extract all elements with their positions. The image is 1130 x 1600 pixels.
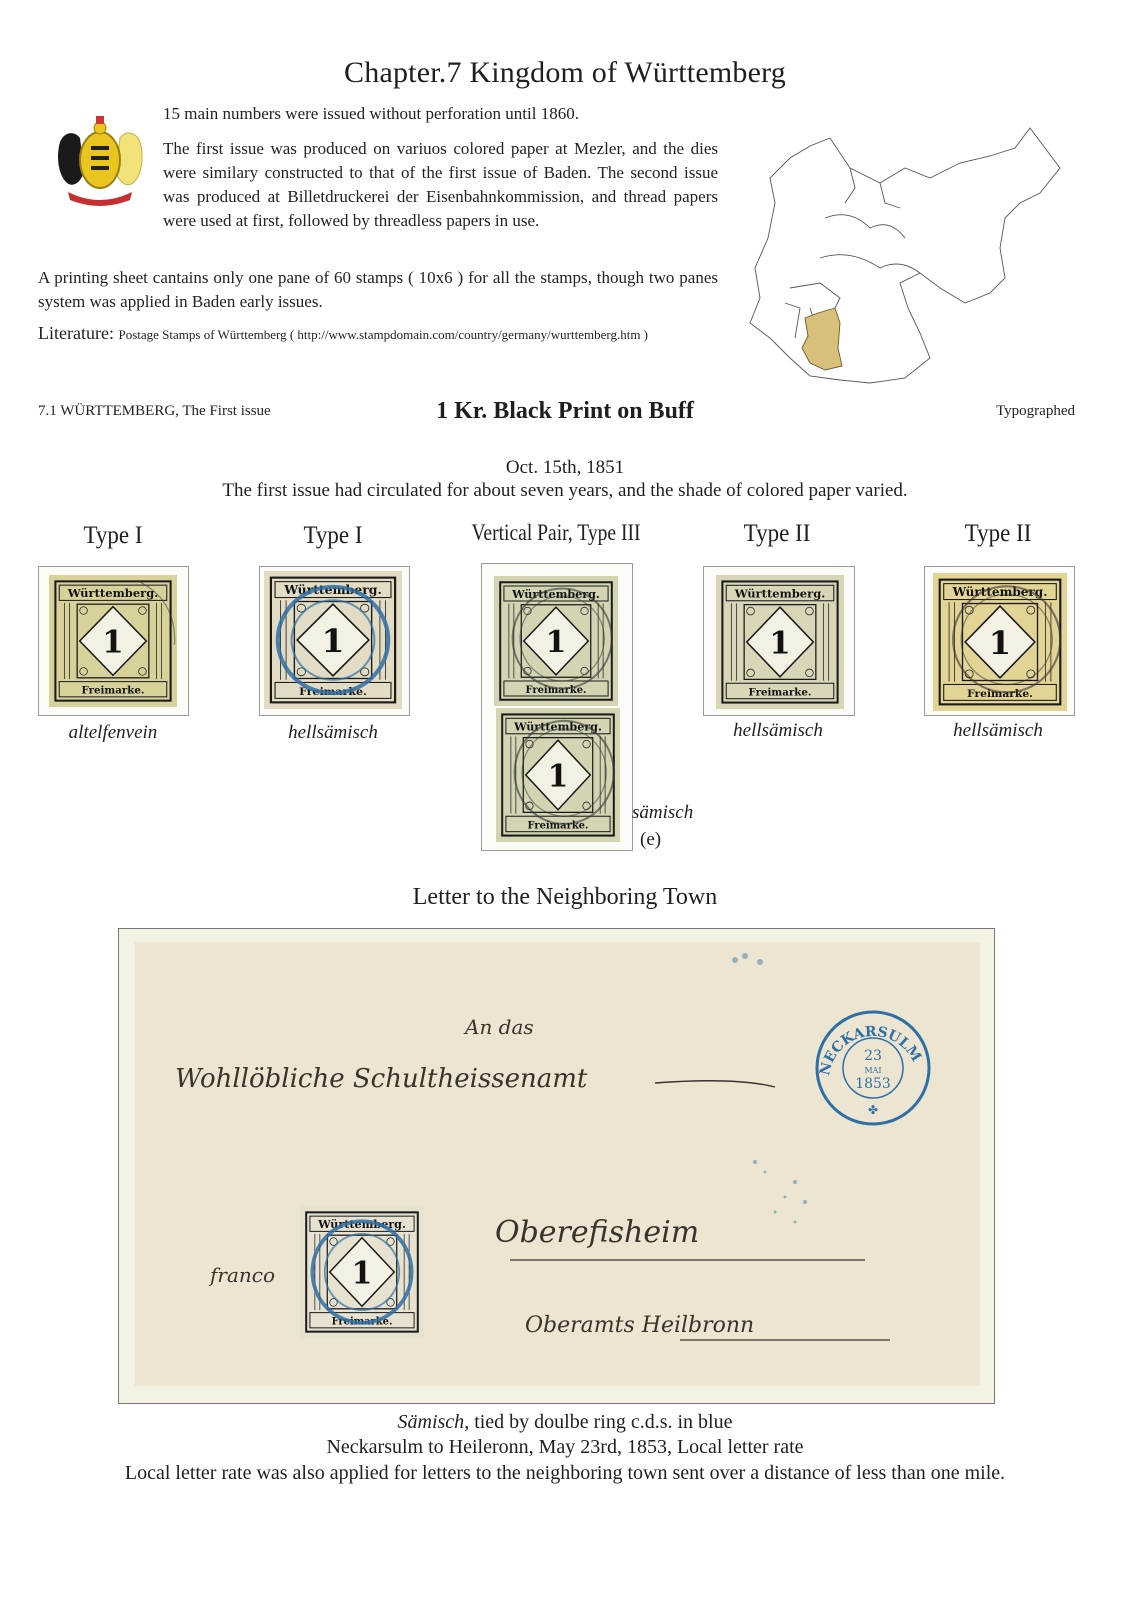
map-icon xyxy=(730,108,1070,388)
svg-text:MAI: MAI xyxy=(864,1066,881,1075)
svg-text:Freimarke.: Freimarke. xyxy=(82,685,145,697)
svg-text:1: 1 xyxy=(989,624,1011,662)
stamp-image: Württemberg. Freimarke. 1 xyxy=(264,571,402,709)
svg-text:23: 23 xyxy=(864,1048,882,1064)
variety-note: (e) xyxy=(640,829,661,851)
cover-caption-3: Local letter rate was also applied for l… xyxy=(0,1462,1130,1485)
literature-reference: Literature: Postage Stamps of Württember… xyxy=(38,323,648,344)
stamp-frame: Württemberg. Freimarke. 1 xyxy=(259,566,410,716)
svg-text:Württemberg.: Württemberg. xyxy=(67,586,159,600)
stamp-image: Württemberg. Freimarke. 1 xyxy=(716,575,844,709)
paper-shade-label: altelfenvein xyxy=(3,722,223,744)
svg-text:1: 1 xyxy=(548,759,569,795)
printing-sheet-note: A printing sheet cantains only one pane … xyxy=(38,266,718,314)
stamp-image: Württemberg. Freimarke. 1 xyxy=(496,708,620,842)
stamp-frame: Württemberg. Freimarke. 1 xyxy=(38,566,189,716)
svg-text:Württemberg.: Württemberg. xyxy=(317,1217,406,1231)
svg-text:1: 1 xyxy=(352,1256,373,1291)
stamp-image: Württemberg. Freimarke. 1 xyxy=(49,575,177,707)
address-line-1: An das xyxy=(463,1015,534,1039)
stamp-frame: Württemberg. Freimarke. 1 xyxy=(703,566,855,716)
svg-text:1: 1 xyxy=(546,625,567,660)
address-line-3: Oberefisheim xyxy=(495,1215,699,1250)
issue-description: The first issue had circulated for about… xyxy=(0,480,1130,502)
svg-text:1: 1 xyxy=(321,623,344,660)
section-title: 1 Kr. Black Print on Buff xyxy=(0,398,1130,425)
stamp-image: Württemberg. Freimarke. 1 xyxy=(494,576,618,706)
printing-method: Typographed xyxy=(996,403,1075,420)
literature-link[interactable]: Postage Stamps of Württemberg ( http://w… xyxy=(118,327,648,342)
address-line-4: Oberamts Heilbronn xyxy=(525,1313,754,1338)
paper-shade-label: hellsämisch xyxy=(888,720,1108,742)
svg-text:✤: ✤ xyxy=(868,1103,878,1117)
literature-label: Literature: xyxy=(38,323,114,343)
cover-caption-2: Neckarsulm to Heileronn, May 23rd, 1853,… xyxy=(0,1436,1130,1459)
paper-shade-label: hellsämisch xyxy=(223,722,443,744)
intro-summary: 15 main numbers were issued without perf… xyxy=(163,102,718,126)
stamp-type-label: Type II xyxy=(676,520,878,548)
svg-text:Freimarke.: Freimarke. xyxy=(749,686,812,698)
page-title: Chapter.7 Kingdom of Württemberg xyxy=(0,56,1130,90)
intro-paragraph: The first issue was produced on variuos … xyxy=(163,137,718,233)
stamp-type-label: Type I xyxy=(232,522,434,550)
coat-of-arms-icon xyxy=(50,112,150,212)
stamp-image: Württemberg. Freimarke. 1 xyxy=(933,573,1067,711)
stamp-type-label: Type I xyxy=(12,522,214,550)
stamp-frame: Württemberg. Freimarke. 1 xyxy=(924,566,1075,716)
issue-date: Oct. 15th, 1851 xyxy=(0,457,1130,479)
svg-text:1: 1 xyxy=(769,626,790,662)
svg-text:1: 1 xyxy=(102,625,123,661)
address-line-2: Wohllöbliche Schultheissenamt xyxy=(175,1064,588,1094)
cover-envelope: An das Wohllöbliche Schultheissenamt Obe… xyxy=(135,942,980,1386)
paper-shade-label: sämisch xyxy=(632,802,712,824)
postmark-neckarsulm: NECKARSULM 23 MAI 1853 ✤ xyxy=(817,1012,929,1124)
stamp-on-cover: Württemberg. Freimarke. 1 xyxy=(300,1206,424,1338)
stamp-frame: Württemberg. Freimarke. 1 Württemberg. F… xyxy=(481,563,633,851)
stamp-type-label: Type II xyxy=(897,520,1099,548)
svg-text:Württemberg.: Württemberg. xyxy=(734,587,826,601)
svg-text:1853: 1853 xyxy=(855,1076,891,1092)
franco-marking: franco xyxy=(208,1263,275,1287)
stamp-type-label: Vertical Pair, Type III xyxy=(463,520,650,546)
cover-title: Letter to the Neighboring Town xyxy=(0,884,1130,911)
cover-caption-1: Sämisch, tied by doulbe ring c.d.s. in b… xyxy=(0,1411,1130,1434)
paper-shade-label: hellsämisch xyxy=(668,720,888,742)
